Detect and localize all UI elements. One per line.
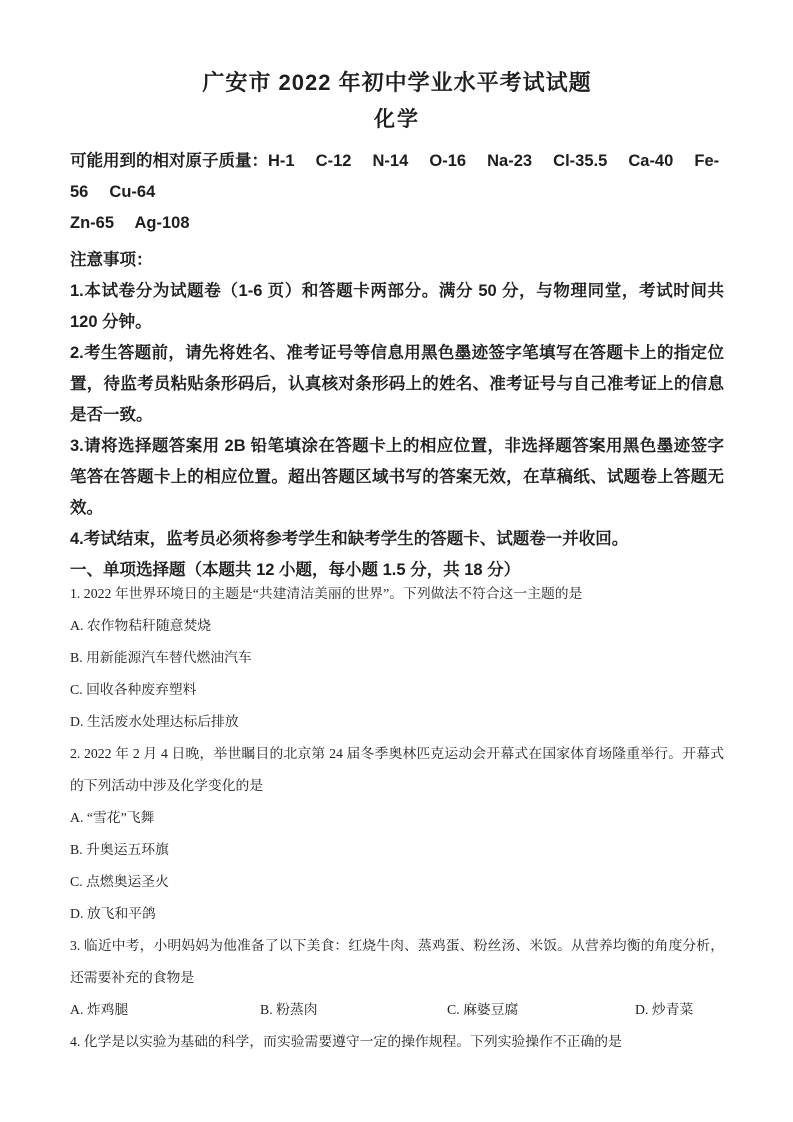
notice-item-1: 1.本试卷分为试题卷（1-6 页）和答题卡两部分。满分 50 分，与物理同堂，考… [70,276,724,338]
question-4-stem: 4. 化学是以实验为基础的科学，而实验需要遵守一定的操作规程。下列实验操作不正确… [70,1026,724,1058]
question-3: 3. 临近中考，小明妈妈为他准备了以下美食：红烧牛肉、蒸鸡蛋、粉丝汤、米饭。从营… [70,930,724,1026]
question-2: 2. 2022 年 2 月 4 日晚，举世瞩目的北京第 24 届冬季奥林匹克运动… [70,738,724,930]
notices-heading: 注意事项： [70,245,724,276]
question-2-option-b: B. 升奥运五环旗 [70,834,724,866]
question-3-stem: 3. 临近中考，小明妈妈为他准备了以下美食：红烧牛肉、蒸鸡蛋、粉丝汤、米饭。从营… [70,930,724,994]
question-1: 1. 2022 年世界环境日的主题是“共建清洁美丽的世界”。下列做法不符合这一主… [70,578,724,738]
question-2-option-d: D. 放飞和平鸽 [70,898,724,930]
exam-title: 广安市 2022 年初中学业水平考试试题 [70,66,724,100]
question-2-option-c: C. 点燃奥运圣火 [70,866,724,898]
question-4: 4. 化学是以实验为基础的科学，而实验需要遵守一定的操作规程。下列实验操作不正确… [70,1026,724,1058]
question-1-stem: 1. 2022 年世界环境日的主题是“共建清洁美丽的世界”。下列做法不符合这一主… [70,578,724,610]
atomic-masses-line-2: Zn-65 Ag-108 [70,208,724,239]
question-list: 1. 2022 年世界环境日的主题是“共建清洁美丽的世界”。下列做法不符合这一主… [70,578,724,1058]
question-2-stem: 2. 2022 年 2 月 4 日晚，举世瞩目的北京第 24 届冬季奥林匹克运动… [70,738,724,802]
atomic-masses-line-1: 可能用到的相对原子质量：H-1 C-12 N-14 O-16 Na-23 Cl-… [70,146,724,208]
question-3-option-c: C. 麻婆豆腐 [447,994,635,1026]
exam-paper-page: 广安市 2022 年初中学业水平考试试题 化学 可能用到的相对原子质量：H-1 … [0,0,793,1122]
notice-item-2: 2.考生答题前，请先将姓名、准考证号等信息用黑色墨迹签字笔填写在答题卡上的指定位… [70,338,724,431]
question-1-option-b: B. 用新能源汽车替代燃油汽车 [70,642,724,674]
question-3-option-d: D. 炒青菜 [635,994,724,1026]
question-1-option-d: D. 生活废水处理达标后排放 [70,706,724,738]
notice-item-4: 4.考试结束，监考员必须将参考学生和缺考学生的答题卡、试题卷一并收回。 [70,524,724,555]
question-3-option-a: A. 炸鸡腿 [70,994,260,1026]
question-3-options-row: A. 炸鸡腿 B. 粉蒸肉 C. 麻婆豆腐 D. 炒青菜 [70,994,724,1026]
question-1-option-a: A. 农作物秸秆随意焚烧 [70,610,724,642]
question-2-option-a: A. “雪花”飞舞 [70,802,724,834]
question-3-option-b: B. 粉蒸肉 [260,994,447,1026]
notice-item-3: 3.请将选择题答案用 2B 铅笔填涂在答题卡上的相应位置，非选择题答案用黑色墨迹… [70,431,724,524]
exam-subject: 化学 [70,100,724,140]
question-1-option-c: C. 回收各种废弃塑料 [70,674,724,706]
